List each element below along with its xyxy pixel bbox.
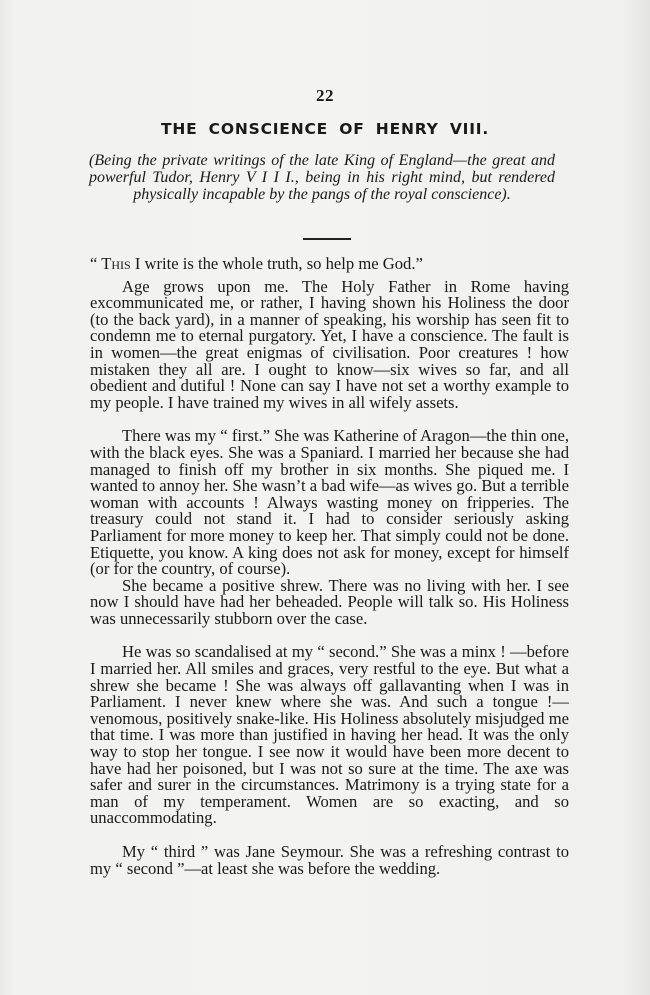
chapter-title: THE CONSCIENCE OF HENRY VIII. [0,120,650,138]
section-divider [303,238,351,240]
paragraph: There was my “ first.” She was Katherine… [90,428,569,577]
page-number: 22 [0,86,650,106]
opening-quote-rest: I write is the whole truth, so help me G… [131,254,423,273]
paragraph: She became a positive shrew. There was n… [90,578,569,628]
paragraph: My “ third ” was Jane Seymour. She was a… [90,844,569,877]
opening-quote: “ This I write is the whole truth, so he… [90,256,569,273]
book-page: 22 THE CONSCIENCE OF HENRY VIII. (Being … [0,0,650,995]
chapter-subtitle: (Being the private writings of the late … [89,152,555,203]
opening-quote-lead: “ This [90,254,131,273]
paragraph: Age grows upon me. The Holy Father in Ro… [90,279,569,412]
body-text: “ This I write is the whole truth, so he… [90,256,569,877]
paragraph: He was so scandalised at my “ second.” S… [90,644,569,827]
